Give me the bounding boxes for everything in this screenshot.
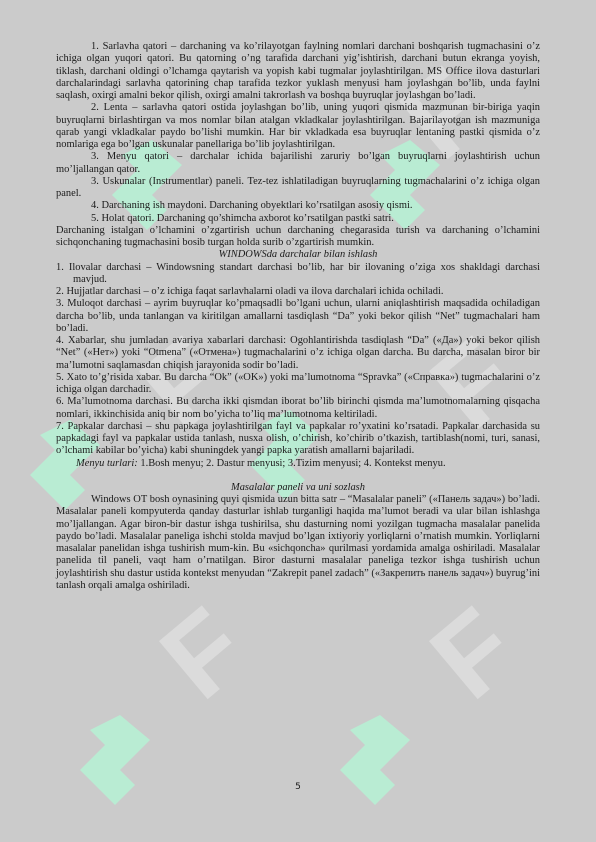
paragraph-ribbon: 2. Lenta – sarlavha qatori ostida joylas… (56, 102, 540, 151)
list-item-message-window: 4. Xabarlar, shu jumladan avariya xabarl… (56, 335, 540, 372)
list-item-help-window: 6. Ma’lumotnoma darchasi. Bu darcha ikki… (56, 396, 540, 421)
paragraph-title-bar: 1. Sarlavha qatori – darchaning va ko’ri… (56, 41, 540, 102)
paragraph-status-bar: 5. Holat qatori. Darchaning qo’shimcha a… (56, 213, 540, 225)
section-heading-windows: WINDOWSda darchalar bilan ishlash (56, 249, 540, 261)
list-item-dialog-window: 3. Muloqot darchasi – ayrim buyruqlar ko… (56, 298, 540, 335)
page-number: 5 (0, 782, 596, 792)
list-item-app-window: 1. Ilovalar darchasi – Windowsning stand… (56, 262, 540, 287)
list-item-error-window: 5. Xato to’g’risida xabar. Bu darcha “Ok… (56, 372, 540, 397)
paragraph-resize: Darchaning istalgan o’lchamini o’zgartir… (56, 225, 540, 250)
paragraph-workspace: 4. Darchaning ish maydoni. Darchaning ob… (56, 200, 540, 212)
menu-types: Menyu turlari: 1.Bosh menyu; 2. Dastur m… (56, 458, 540, 470)
section-heading-taskbar: Masalalar paneli va uni sozlash (56, 482, 540, 494)
watermark-letter: F (407, 583, 540, 723)
menu-types-text: 1.Bosh menyu; 2. Dastur menyusi; 3.Tizim… (138, 458, 446, 469)
watermark-letter: F (137, 583, 270, 723)
paragraph-taskbar: Windows OT bosh oynasining quyi qismida … (56, 494, 540, 592)
list-item-document-window: 2. Hujjatlar darchasi – o’z ichiga faqat… (56, 286, 540, 298)
paragraph-menu-bar: 3. Menyu qatori – darchalar ichida bajar… (56, 151, 540, 176)
paragraph-toolbar: 3. Uskunalar (Instrumentlar) paneli. Tez… (56, 176, 540, 201)
menu-types-label: Menyu turlari: (76, 458, 138, 469)
list-item-folder-window: 7. Papkalar darchasi – shu papkaga joyla… (56, 421, 540, 458)
document-page: 1. Sarlavha qatori – darchaning va ko’ri… (56, 41, 540, 592)
